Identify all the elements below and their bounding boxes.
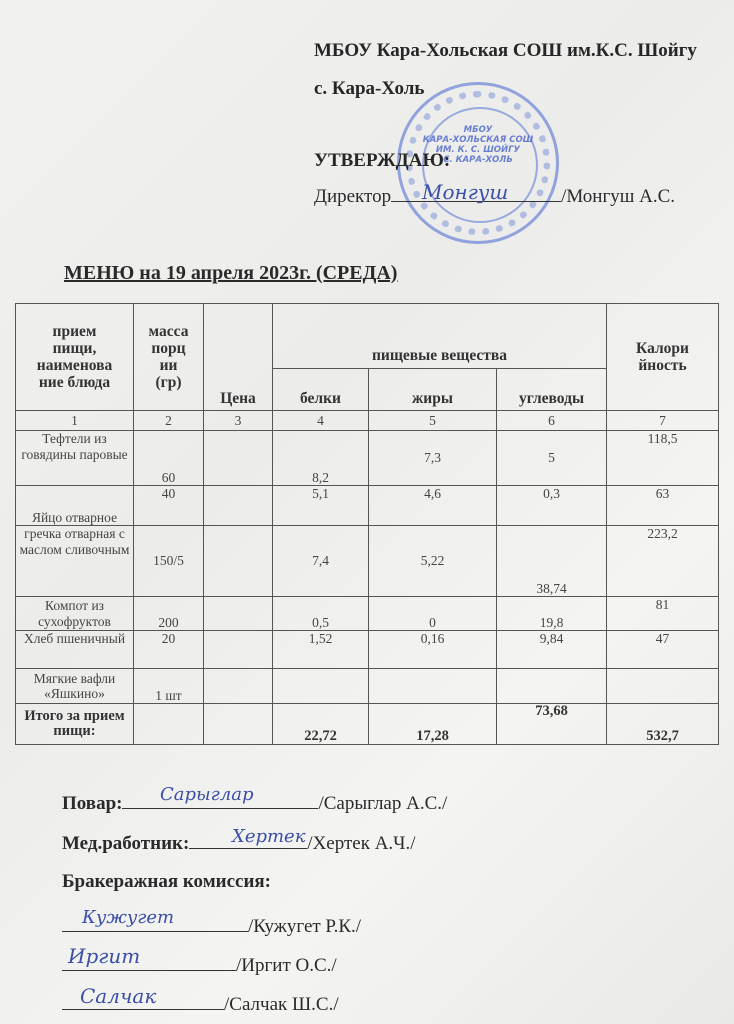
member-signature: Салчак bbox=[80, 984, 156, 1008]
total-row: Итого за прием пищи: 22,72 17,28 73,68 5… bbox=[16, 704, 719, 745]
header-price: Цена bbox=[204, 304, 273, 411]
dish-carbs: 0,3 bbox=[497, 486, 607, 526]
dish-name: Яйцо отварное bbox=[16, 486, 134, 526]
menu-table: приемпищи,наименование блюда массапорции… bbox=[15, 303, 719, 745]
cook-label: Повар: bbox=[62, 793, 122, 814]
dish-mass: 200 bbox=[134, 597, 204, 631]
col-number: 6 bbox=[497, 411, 607, 431]
col-number: 7 bbox=[607, 411, 719, 431]
col-number: 4 bbox=[273, 411, 369, 431]
dish-protein: 5,1 bbox=[273, 486, 369, 526]
total-protein: 22,72 bbox=[273, 704, 369, 745]
village-name: с. Кара-Холь bbox=[314, 78, 424, 100]
table-row: гречка отварная с маслом сливочным 150/5… bbox=[16, 526, 719, 597]
approve-heading: УТВЕРЖДАЮ: bbox=[314, 150, 450, 172]
column-number-row: 1 2 3 4 5 6 7 bbox=[16, 411, 719, 431]
dish-fat: 5,22 bbox=[369, 526, 497, 597]
member-name: /Иргит О.С./ bbox=[236, 955, 337, 976]
dish-mass: 40 bbox=[134, 486, 204, 526]
dish-name: Хлеб пшеничный bbox=[16, 631, 134, 669]
col-number: 3 bbox=[204, 411, 273, 431]
dish-calories: 63 bbox=[607, 486, 719, 526]
director-label: Директор bbox=[314, 186, 391, 207]
dish-price bbox=[204, 486, 273, 526]
total-price bbox=[204, 704, 273, 745]
member-signature: Кужугет bbox=[82, 907, 174, 928]
dish-fat: 0 bbox=[369, 597, 497, 631]
col-number: 5 bbox=[369, 411, 497, 431]
total-fat: 17,28 bbox=[369, 704, 497, 745]
cook-line: Повар:/Сарыглар А.С./ bbox=[62, 790, 447, 815]
dish-carbs: 38,74 bbox=[497, 526, 607, 597]
header-dish: приемпищи,наименование блюда bbox=[16, 304, 134, 411]
cook-name: /Сарыглар А.С./ bbox=[318, 793, 447, 814]
col-number: 1 bbox=[16, 411, 134, 431]
dish-protein: 1,52 bbox=[273, 631, 369, 669]
table-row: Компот из сухофруктов 200 0,5 0 19,8 81 bbox=[16, 597, 719, 631]
cook-signature: Сарыглар bbox=[160, 784, 254, 805]
director-signature: Монгуш bbox=[422, 180, 508, 204]
member-name: /Кужугет Р.К./ bbox=[248, 916, 361, 937]
header-protein: белки bbox=[273, 369, 369, 411]
med-signature: Хертек bbox=[232, 826, 305, 847]
dish-price bbox=[204, 431, 273, 486]
dish-protein bbox=[273, 669, 369, 704]
total-carbs: 73,68 bbox=[497, 704, 607, 745]
total-calories: 532,7 bbox=[607, 704, 719, 745]
dish-price bbox=[204, 597, 273, 631]
dish-calories: 81 bbox=[607, 597, 719, 631]
dish-mass: 150/5 bbox=[134, 526, 204, 597]
med-name: /Хертек А.Ч./ bbox=[307, 833, 415, 854]
dish-carbs bbox=[497, 669, 607, 704]
dish-name: Тефтели из говядины паровые bbox=[16, 431, 134, 486]
dish-carbs: 19,8 bbox=[497, 597, 607, 631]
dish-fat: 7,3 bbox=[369, 431, 497, 486]
header-calories: Калорийность bbox=[607, 304, 719, 411]
dish-protein: 0,5 bbox=[273, 597, 369, 631]
header-carbs: углеводы bbox=[497, 369, 607, 411]
commission-label: Бракеражная комиссия: bbox=[62, 871, 271, 893]
total-mass bbox=[134, 704, 204, 745]
dish-calories: 47 bbox=[607, 631, 719, 669]
member-signature: Иргит bbox=[68, 944, 140, 968]
school-name: МБОУ Кара-Хольская СОШ им.К.С. Шойгу bbox=[314, 40, 697, 62]
dish-price bbox=[204, 631, 273, 669]
dish-name: Компот из сухофруктов bbox=[16, 597, 134, 631]
director-name: /Монгуш А.С. bbox=[561, 186, 675, 207]
menu-title: МЕНЮ на 19 апреля 2023г. (СРЕДА) bbox=[64, 262, 397, 285]
dish-mass: 60 bbox=[134, 431, 204, 486]
dish-protein: 8,2 bbox=[273, 431, 369, 486]
table-row: Хлеб пшеничный 20 1,52 0,16 9,84 47 bbox=[16, 631, 719, 669]
dish-calories bbox=[607, 669, 719, 704]
dish-name: гречка отварная с маслом сливочным bbox=[16, 526, 134, 597]
dish-mass: 1 шт bbox=[134, 669, 204, 704]
table-row: Яйцо отварное 40 5,1 4,6 0,3 63 bbox=[16, 486, 719, 526]
total-label: Итого за прием пищи: bbox=[16, 704, 134, 745]
dish-mass: 20 bbox=[134, 631, 204, 669]
dish-fat: 0,16 bbox=[369, 631, 497, 669]
header-mass: массапорции(гр) bbox=[134, 304, 204, 411]
dish-carbs: 5 bbox=[497, 431, 607, 486]
dish-protein: 7,4 bbox=[273, 526, 369, 597]
table-row: Мягкие вафли «Яшкино» 1 шт bbox=[16, 669, 719, 704]
dish-price bbox=[204, 526, 273, 597]
stamp-line: КАРА-ХОЛЬСКАЯ СОШ bbox=[400, 135, 556, 145]
dish-fat: 4,6 bbox=[369, 486, 497, 526]
dish-carbs: 9,84 bbox=[497, 631, 607, 669]
header-nutrients: пищевые вещества bbox=[273, 304, 607, 369]
dish-price bbox=[204, 669, 273, 704]
dish-name: Мягкие вафли «Яшкино» bbox=[16, 669, 134, 704]
col-number: 2 bbox=[134, 411, 204, 431]
header-fat: жиры bbox=[369, 369, 497, 411]
dish-calories: 223,2 bbox=[607, 526, 719, 597]
member-name: /Салчак Ш.С./ bbox=[224, 994, 339, 1015]
stamp-line: МБОУ bbox=[400, 125, 556, 135]
dish-fat bbox=[369, 669, 497, 704]
table-row: Тефтели из говядины паровые 60 8,2 7,3 5… bbox=[16, 431, 719, 486]
dish-calories: 118,5 bbox=[607, 431, 719, 486]
med-label: Мед.работник: bbox=[62, 833, 189, 854]
